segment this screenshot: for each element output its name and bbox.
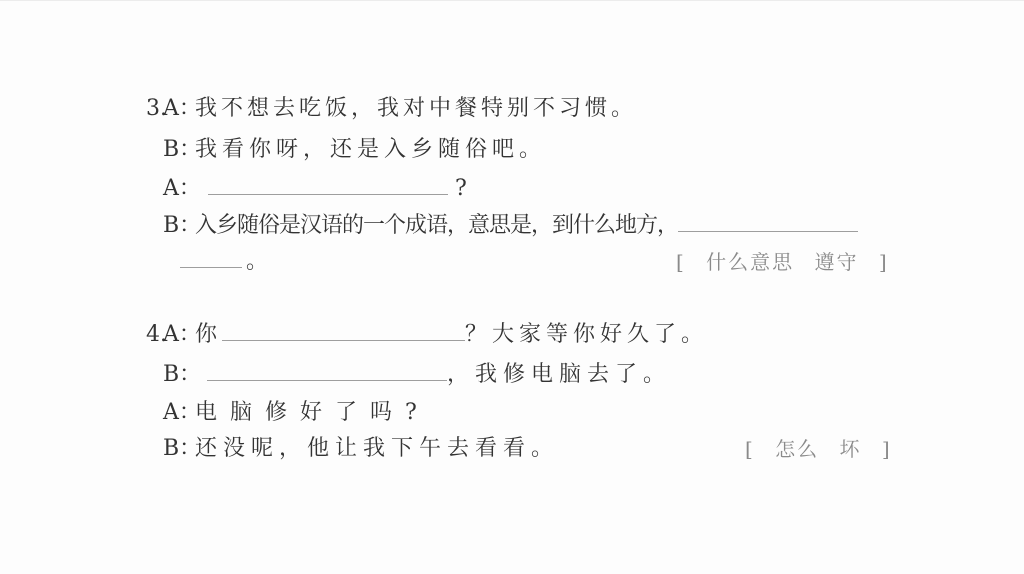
word-bank-hint: [ 怎么 坏 ]	[745, 437, 892, 461]
dialogue-text: ，我修电脑去了。	[447, 362, 671, 387]
dialogue-line: 3.A：我不想去吃饭，我对中餐特别不习惯。	[146, 96, 637, 122]
dialogue-text: 。	[246, 249, 268, 274]
dialogue-line: B：我看你呀，还是入乡随俗吧。	[163, 137, 546, 163]
answer-blank	[678, 212, 858, 232]
speaker-label: A：	[163, 400, 195, 426]
speaker-label: B：	[163, 362, 195, 388]
answer-blank	[180, 248, 242, 268]
dialogue-line: B：，我修电脑去了。	[163, 361, 671, 388]
dialogue-text: ？大家等你好久了。	[465, 322, 708, 347]
speaker-label: A：	[163, 96, 195, 122]
dialogue-line: A：?	[163, 175, 467, 202]
speaker-label: A：	[163, 176, 195, 202]
word-bank-hint: [ 什么意思 遵守 ]	[676, 250, 889, 274]
dialogue-text: 电脑修好了吗?	[195, 400, 430, 425]
exercise-number: 3.	[146, 96, 163, 122]
dialogue-text: 我看你呀，还是入乡随俗吧。	[195, 137, 546, 162]
speaker-label: B：	[163, 436, 195, 462]
answer-blank	[222, 321, 465, 341]
dialogue-line: B：入乡随俗是汉语的一个成语，意思是，到什么地方，	[163, 212, 858, 239]
dialogue-text: 还没呢，他让我下午去看看。	[195, 436, 559, 461]
speaker-label: B：	[163, 137, 195, 163]
dialogue-text: 你	[195, 322, 222, 347]
dialogue-text: 我不想去吃饭，我对中餐特别不习惯。	[195, 96, 637, 121]
dialogue-line: 4.A：你？大家等你好久了。	[146, 321, 708, 348]
dialogue-text: ?	[455, 176, 467, 201]
dialogue-text: 入乡随俗是汉语的一个成语，意思是，到什么地方，	[195, 213, 678, 238]
speaker-label: B：	[163, 213, 195, 239]
speaker-label: A：	[163, 322, 195, 348]
answer-blank	[207, 361, 447, 381]
dialogue-line: B：还没呢，他让我下午去看看。	[163, 436, 559, 462]
textbook-page: 3.A：我不想去吃饭，我对中餐特别不习惯。 B：我看你呀，还是入乡随俗吧。 A：…	[0, 0, 1024, 574]
exercise-number: 4.	[146, 322, 163, 348]
answer-blank	[208, 175, 448, 195]
dialogue-line: 。	[180, 248, 268, 275]
dialogue-line: A：电脑修好了吗?	[163, 400, 430, 426]
